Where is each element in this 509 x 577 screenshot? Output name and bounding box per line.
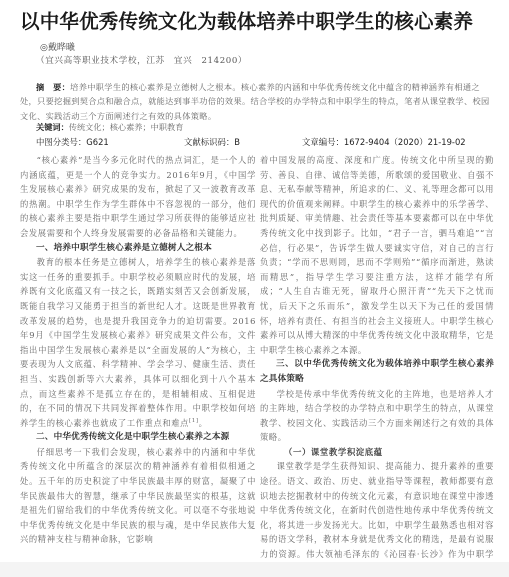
subsection-1-paragraph: 课堂教学是学生获得知识、提高能力、提升素养的重要途径。语文、政治、历史、就业指导… — [260, 459, 494, 576]
section-heading-2: 二、中华优秀传统文化是中职学生核心素养之本源 — [20, 430, 256, 445]
subsection-heading-1: （一）课堂教学积淀底蕴 — [260, 445, 494, 460]
left-column: “核心素养”是当今多元化时代的热点词汇，是一个人的内涵底蕴，更是一个人的竞争实力… — [20, 153, 256, 547]
abstract: 摘 要：培养中职学生的核心素养是立德树人之根本。核心素养的内涵和中华优秀传统文化… — [20, 80, 490, 123]
right-column: 着中国发展的高度、深度和广度。传统文化中所呈现的勤劳、善良、自律、诚信等美德，所… — [260, 153, 494, 576]
clc-number: 中图分类号：G621 — [36, 136, 109, 148]
document-code: 文献标识码：B — [184, 136, 240, 148]
article-number: 文章编号：1672-9404（2020）21-19-02 — [302, 136, 466, 148]
section-heading-3: 三、以中华优秀传统文化为载体培养中职学生核心素养之具体策略 — [260, 357, 494, 386]
keywords: 关键词：传统文化；核心素养；中职教育 — [36, 122, 183, 133]
section-3-paragraph: 学校是传承中华优秀传统文化的主阵地，也是培养人才的主阵地，结合学校的办学特点和中… — [260, 387, 494, 445]
section-heading-1: 一、培养中职学生核心素养是立德树人之根本 — [20, 241, 256, 256]
section-2-continued: 着中国发展的高度、深度和广度。传统文化中所呈现的勤劳、善良、自律、诚信等美德，所… — [260, 153, 494, 357]
intro-paragraph: “核心素养”是当今多元化时代的热点词汇，是一个人的内涵底蕴，更是一个人的竞争实力… — [20, 153, 256, 241]
section-2-paragraph: 仔细思考一下我们会发现，核心素养中的内涵和中华优秀传统文化中所蕴含的深层次的精神… — [20, 445, 256, 547]
keywords-text: 传统文化；核心素养；中职教育 — [69, 122, 184, 132]
article-title: 以中华优秀传统文化为载体培养中职学生的核心素养 — [20, 6, 473, 34]
section-1-paragraph: 教育的根本任务是立德树人，培养学生的核心素养是落实这一任务的重要抓手。中职学校必… — [20, 255, 256, 430]
paper-page: 以中华优秀传统文化为载体培养中职学生的核心素养 ◎戴晔曦 （宜兴高等职业技术学校… — [0, 0, 509, 562]
abstract-text: 培养中职学生的核心素养是立德树人之根本。核心素养的内涵和中华优秀传统文化中蕴含的… — [20, 82, 490, 121]
citation-ref[interactable]: [1] — [189, 418, 199, 424]
viewer-bottom-bar — [0, 562, 509, 577]
keywords-label: 关键词： — [36, 122, 69, 132]
article-affiliation: （宜兴高等职业技术学校，江苏 宜兴 214200） — [36, 54, 247, 66]
abstract-label: 摘 要： — [36, 82, 70, 92]
article-author: ◎戴晔曦 — [40, 40, 75, 53]
